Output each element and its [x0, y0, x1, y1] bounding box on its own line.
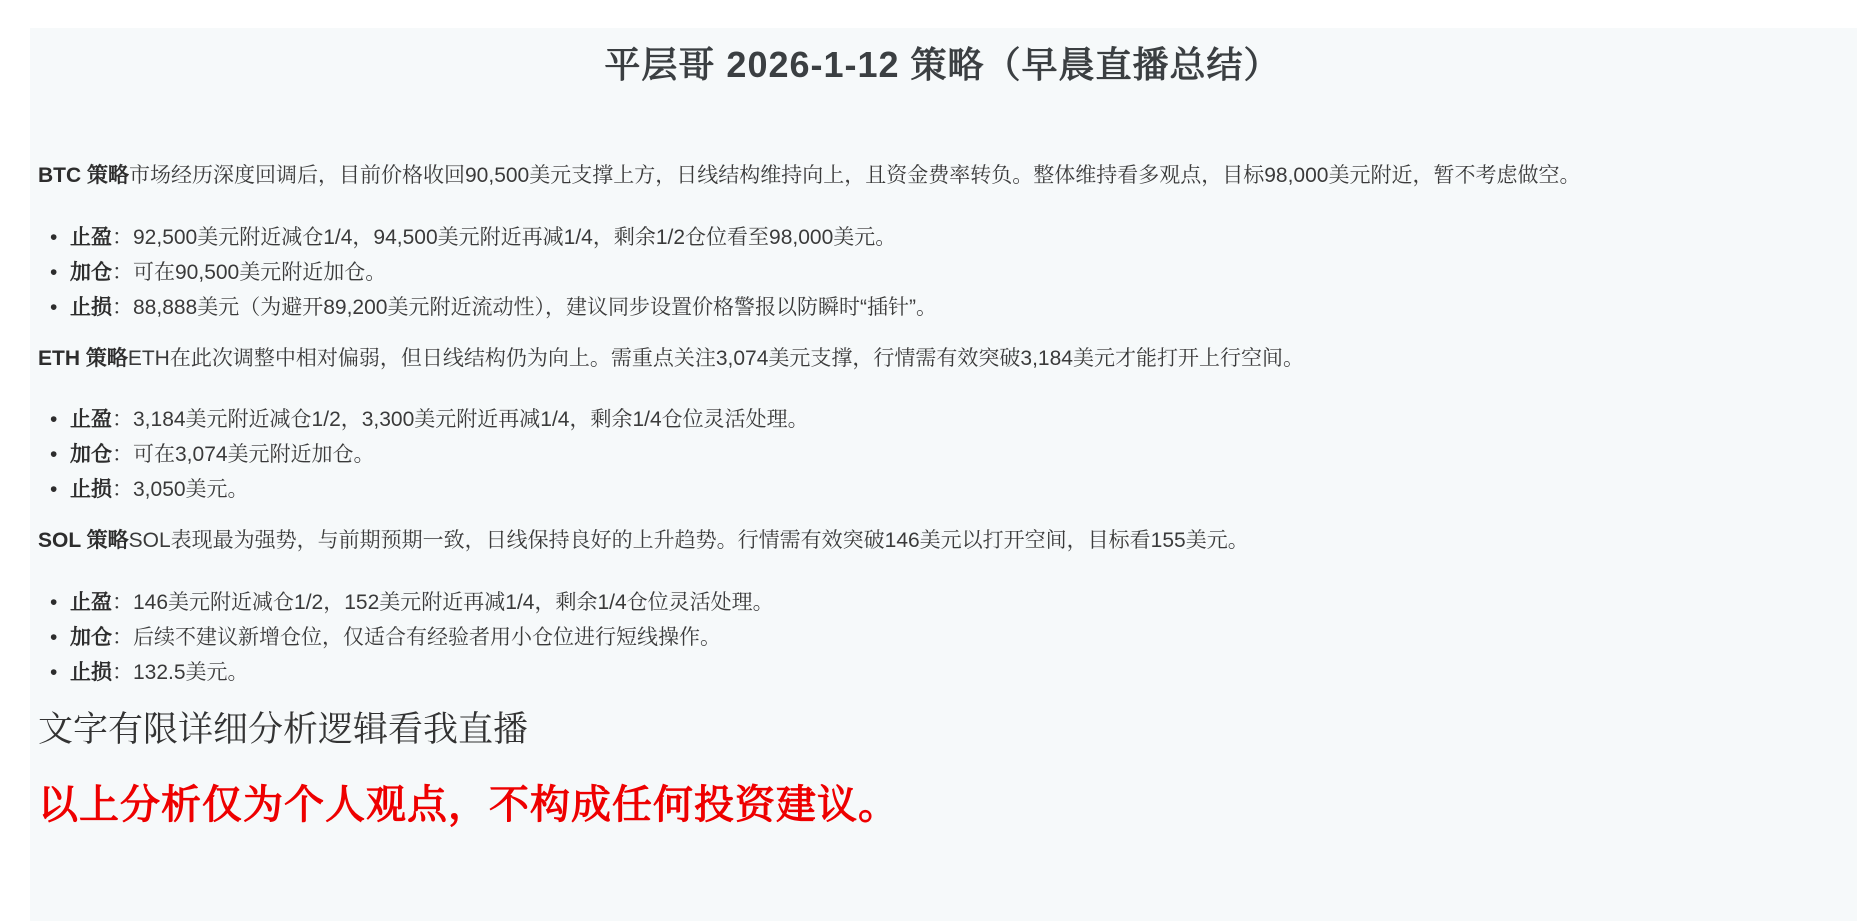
bullet-text: 88,888美元（为避开89,200美元附近流动性），建议同步设置价格警报以防瞬…: [133, 296, 937, 319]
bullet-label: 加仓: [70, 443, 112, 466]
bullet-item-btc-takeprofit: 止盈：92,500美元附近减仓1/4，94,500美元附近再减1/4，剩余1/2…: [46, 220, 1847, 255]
bullet-separator: ：: [112, 626, 133, 649]
bullet-text: 132.5美元。: [133, 661, 249, 684]
section-intro-sol: SOL 策略SOL表现最为强势，与前期预期一致，日线保持良好的上升趋势。行情需有…: [38, 525, 1847, 557]
section-intro-btc: BTC 策略市场经历深度回调后，目前价格收回90,500美元支撑上方，日线结构维…: [38, 160, 1847, 192]
bullet-label: 止盈: [70, 408, 112, 431]
bullet-item-btc-addposition: 加仓：可在90,500美元附近加仓。: [46, 255, 1847, 290]
section-intro-text-sol: SOL表现最为强势，与前期预期一致，日线保持良好的上升趋势。行情需有效突破146…: [129, 529, 1249, 552]
bullet-list-eth: 止盈：3,184美元附近减仓1/2，3,300美元附近再减1/4，剩余1/4仓位…: [38, 402, 1847, 507]
bullet-item-eth-addposition: 加仓：可在3,074美元附近加仓。: [46, 437, 1847, 472]
bullet-label: 止损: [70, 661, 112, 684]
bullet-text: 可在3,074美元附近加仓。: [133, 443, 375, 466]
bullet-label: 止盈: [70, 591, 112, 614]
page: 平层哥 2026-1-12 策略（早晨直播总结） BTC 策略市场经历深度回调后…: [0, 0, 1857, 921]
footer-note: 文字有限详细分析逻辑看我直播: [38, 706, 1847, 753]
bullet-item-eth-takeprofit: 止盈：3,184美元附近减仓1/2，3,300美元附近再减1/4，剩余1/4仓位…: [46, 402, 1847, 437]
section-intro-text-eth: ETH在此次调整中相对偏弱，但日线结构仍为向上。需重点关注3,074美元支撑，行…: [128, 347, 1304, 370]
bullet-separator: ：: [112, 591, 133, 614]
strategy-content: BTC 策略市场经历深度回调后，目前价格收回90,500美元支撑上方，日线结构维…: [38, 160, 1847, 831]
bullet-text: 后续不建议新增仓位，仅适合有经验者用小仓位进行短线操作。: [133, 626, 721, 649]
bullet-label: 加仓: [70, 626, 112, 649]
page-title: 平层哥 2026-1-12 策略（早晨直播总结）: [38, 40, 1847, 90]
bullet-separator: ：: [112, 443, 133, 466]
content-panel: 平层哥 2026-1-12 策略（早晨直播总结） BTC 策略市场经历深度回调后…: [30, 28, 1857, 921]
section-heading-sol: SOL 策略: [38, 529, 129, 552]
section-intro-eth: ETH 策略ETH在此次调整中相对偏弱，但日线结构仍为向上。需重点关注3,074…: [38, 343, 1847, 375]
bullet-item-sol-stoploss: 止损：132.5美元。: [46, 655, 1847, 690]
bullet-list-sol: 止盈：146美元附近减仓1/2，152美元附近再减1/4，剩余1/4仓位灵活处理…: [38, 585, 1847, 690]
bullet-separator: ：: [112, 261, 133, 284]
bullet-item-sol-takeprofit: 止盈：146美元附近减仓1/2，152美元附近再减1/4，剩余1/4仓位灵活处理…: [46, 585, 1847, 620]
bullet-label: 加仓: [70, 261, 112, 284]
bullet-label: 止盈: [70, 226, 112, 249]
bullet-text: 92,500美元附近减仓1/4，94,500美元附近再减1/4，剩余1/2仓位看…: [133, 226, 896, 249]
bullet-text: 3,050美元。: [133, 478, 249, 501]
bullet-text: 3,184美元附近减仓1/2，3,300美元附近再减1/4，剩余1/4仓位灵活处…: [133, 408, 809, 431]
bullet-separator: ：: [112, 478, 133, 501]
bullet-separator: ：: [112, 408, 133, 431]
bullet-text: 146美元附近减仓1/2，152美元附近再减1/4，剩余1/4仓位灵活处理。: [133, 591, 774, 614]
section-heading-btc: BTC 策略: [38, 164, 129, 187]
bullet-item-sol-addposition: 加仓：后续不建议新增仓位，仅适合有经验者用小仓位进行短线操作。: [46, 620, 1847, 655]
disclaimer-text: 以上分析仅为个人观点，不构成任何投资建议。: [38, 779, 1847, 831]
bullet-separator: ：: [112, 296, 133, 319]
bullet-label: 止损: [70, 296, 112, 319]
section-intro-text-btc: 市场经历深度回调后，目前价格收回90,500美元支撑上方，日线结构维持向上，且资…: [129, 164, 1580, 187]
bullet-text: 可在90,500美元附近加仓。: [133, 261, 386, 284]
bullet-separator: ：: [112, 226, 133, 249]
bullet-separator: ：: [112, 661, 133, 684]
bullet-item-btc-stoploss: 止损：88,888美元（为避开89,200美元附近流动性），建议同步设置价格警报…: [46, 290, 1847, 325]
bullet-item-eth-stoploss: 止损：3,050美元。: [46, 472, 1847, 507]
bullet-list-btc: 止盈：92,500美元附近减仓1/4，94,500美元附近再减1/4，剩余1/2…: [38, 220, 1847, 325]
section-heading-eth: ETH 策略: [38, 347, 128, 370]
bullet-label: 止损: [70, 478, 112, 501]
